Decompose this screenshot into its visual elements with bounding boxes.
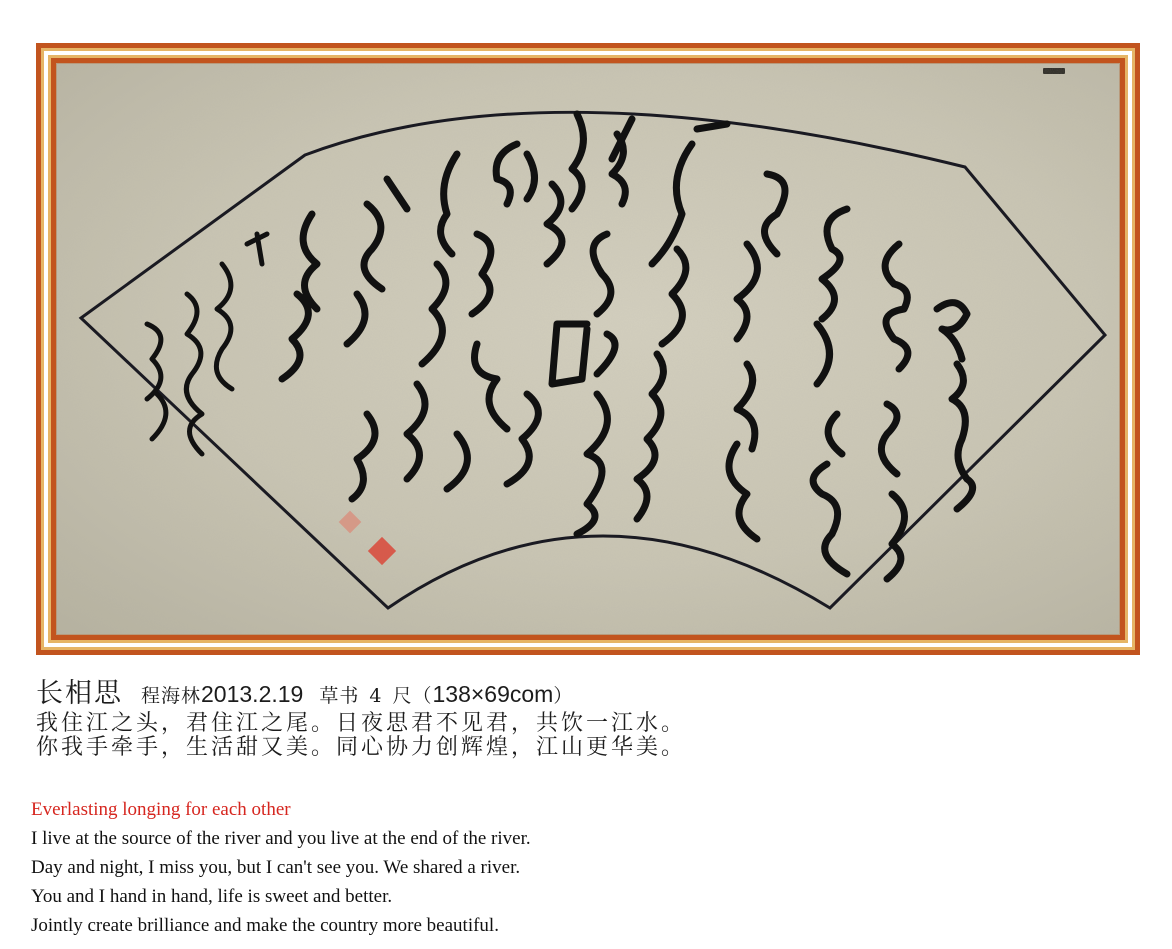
picture-frame: [36, 43, 1140, 655]
work-title: 长相思: [36, 678, 123, 709]
english-translation: Everlasting longing for each other I liv…: [31, 796, 531, 940]
paren-open: （: [412, 685, 432, 707]
calligraphy-paper: [57, 64, 1119, 634]
size-number: 4: [369, 685, 382, 707]
translation-title: Everlasting longing for each other: [31, 796, 531, 824]
poem-line-1: 我住江之头，君住江之尾。日夜思君不见君，共饮一江水。: [36, 712, 686, 736]
dimensions: 138×69com: [432, 681, 553, 707]
translation-line: Jointly create brilliance and make the c…: [31, 911, 531, 940]
size-unit: 尺: [392, 685, 412, 707]
chinese-caption: 长相思程海林2013.2.19 草书 4 尺（138×69com） 我住江之头，…: [36, 678, 686, 760]
calligraphy-style: 草书: [319, 685, 359, 707]
work-date: 2013.2.19: [201, 681, 303, 707]
fan-calligraphy: [57, 64, 1119, 634]
translation-line: You and I hand in hand, life is sweet an…: [31, 882, 531, 911]
poem-line-2: 你我手牵手，生活甜又美。同心协力创辉煌，江山更华美。: [36, 736, 686, 760]
paren-close: ）: [553, 685, 573, 707]
translation-line: I live at the source of the river and yo…: [31, 824, 531, 853]
caption-header: 长相思程海林2013.2.19 草书 4 尺（138×69com）: [36, 678, 686, 712]
author-name: 程海林: [141, 685, 201, 707]
translation-line: Day and night, I miss you, but I can't s…: [31, 853, 531, 882]
